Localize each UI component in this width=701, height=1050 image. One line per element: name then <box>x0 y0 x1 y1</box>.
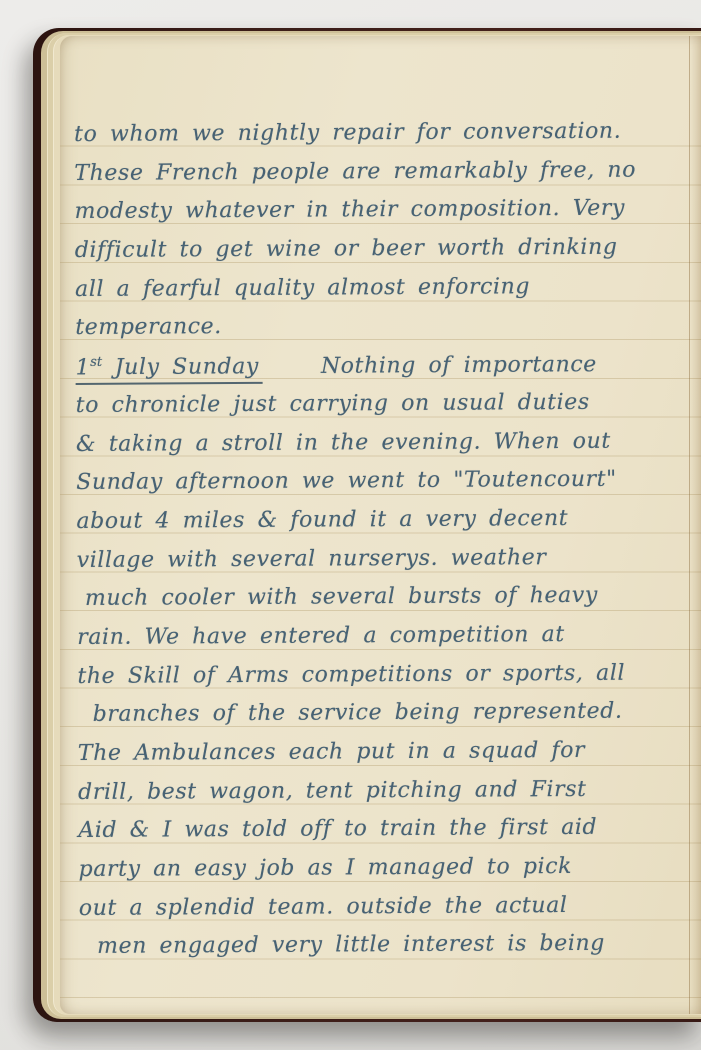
handwriting-line: to chronicle just carrying on usual duti… <box>76 383 694 425</box>
handwriting-line: men engaged very little interest is bein… <box>79 925 697 967</box>
handwriting-line: drill, best wagon, tent pitching and Fir… <box>78 770 696 812</box>
handwriting-line: Aid & I was told off to train the first … <box>78 809 696 851</box>
handwriting-line: The Ambulances each put in a squad for <box>78 731 696 773</box>
handwriting-line: modesty whatever in their composition. V… <box>74 190 692 232</box>
handwriting-line: Sunday afternoon we went to "Toutencourt… <box>76 460 694 502</box>
entry-date-rest: July Sunday <box>102 354 259 380</box>
handwriting-line: the Skill of Arms competitions or sports… <box>77 654 695 696</box>
handwriting: to whom we nightly repair for conversati… <box>74 112 697 967</box>
handwriting-line: temperance. <box>75 306 693 348</box>
handwriting-line: These French people are remarkably free,… <box>74 151 692 193</box>
handwriting-line: difficult to get wine or beer worth drin… <box>75 228 693 270</box>
photo-backdrop: to whom we nightly repair for conversati… <box>0 0 701 1050</box>
notebook-page: to whom we nightly repair for conversati… <box>60 36 701 1014</box>
handwriting-line: branches of the service being represente… <box>78 693 696 735</box>
handwriting-line: to whom we nightly repair for conversati… <box>74 112 692 154</box>
handwriting-line: much cooler with several bursts of heavy <box>77 576 695 618</box>
entry-first-line-text: Nothing of importance <box>321 352 597 379</box>
entry-date-ordinal: st <box>90 355 102 370</box>
handwriting-line: party an easy job as I managed to pick <box>78 847 696 889</box>
entry-date-heading: 1st July Sunday <box>75 347 263 385</box>
handwriting-line: out a splendid team. outside the actual <box>79 886 697 928</box>
handwriting-line: all a fearful quality almost enforcing <box>75 267 693 309</box>
entry-heading-line: 1st July SundayNothing of importance <box>75 344 693 386</box>
handwriting-line: village with several nurserys. weather <box>77 538 695 580</box>
entry-date-day: 1 <box>75 355 90 380</box>
page-gutter-edge <box>689 36 701 1014</box>
notebook: to whom we nightly repair for conversati… <box>33 28 701 1022</box>
handwriting-line: & taking a stroll in the evening. When o… <box>76 422 694 464</box>
handwriting-line: rain. We have entered a competition at <box>77 615 695 657</box>
handwriting-line: about 4 miles & found it a very decent <box>76 499 694 541</box>
